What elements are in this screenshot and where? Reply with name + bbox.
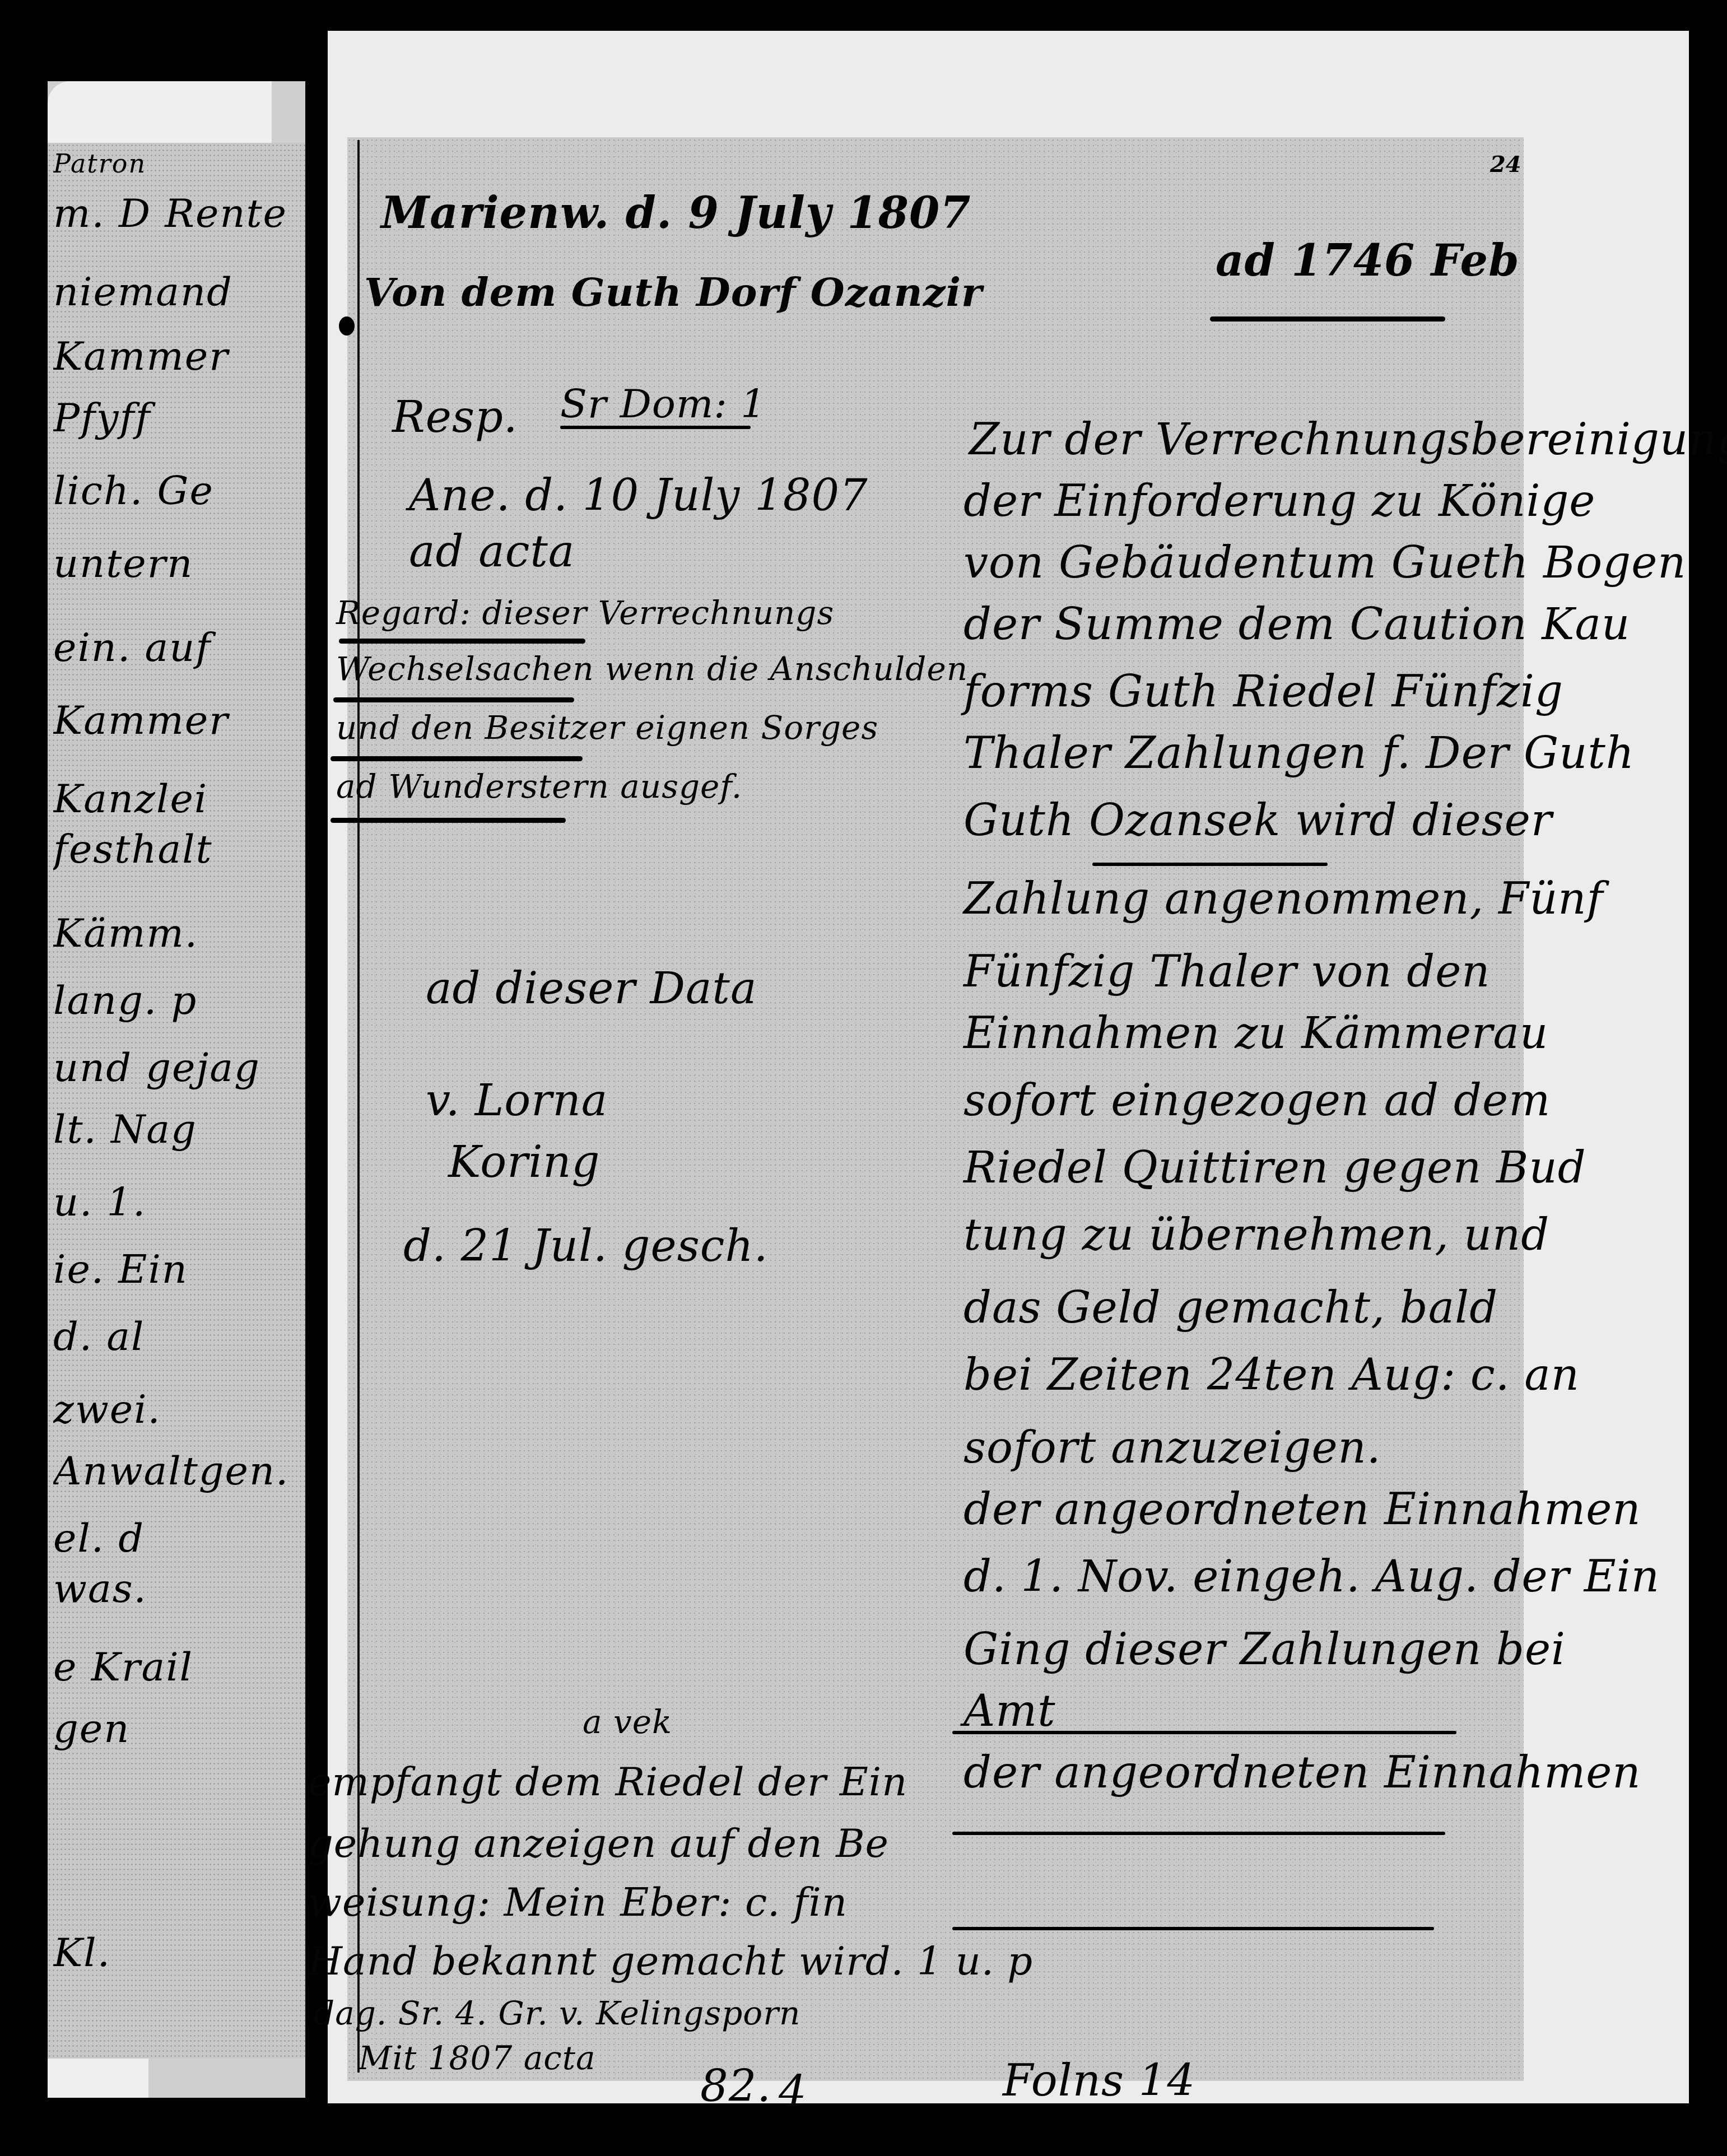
bottom-mark: 82.	[700, 2061, 771, 2112]
adjacent-page-strip: Patron m. D Rente niemand Kammer Pfyff l…	[48, 81, 305, 2098]
body-line: bei Zeiten 24ten Aug: c. an	[963, 1350, 1580, 1400]
bottom-note-line: empfangt dem Riedel der Ein	[308, 1759, 907, 1805]
body-line: der Summe dem Caution Kau	[963, 599, 1630, 650]
strip-text: Kammer	[53, 333, 300, 379]
strip-text: Kämm.	[53, 910, 300, 956]
header-sender-line: Von dem Guth Dorf Ozanzir	[364, 269, 983, 315]
body-line: Ging dieser Zahlungen bei	[963, 1624, 1566, 1675]
signature-name-2: Koring	[448, 1137, 601, 1188]
page-tab-top	[48, 81, 272, 143]
strip-text: lich. Ge	[53, 468, 300, 514]
signature-date: d. 21 Jul. gesch.	[403, 1221, 768, 1272]
body-line: Riedel Quittiren gegen Bud	[963, 1143, 1586, 1193]
body-line: sofort eingezogen ad dem	[963, 1075, 1551, 1126]
bottom-note-line: Mit 1807 acta	[359, 2039, 596, 2077]
strip-text: m. D Rente	[53, 190, 300, 236]
strip-text: Kanzlei	[53, 776, 300, 822]
struck-line: und den Besitzer eignen Sorges	[336, 709, 878, 747]
body-underline	[1092, 863, 1328, 866]
body-line: Guth Ozansek wird dieser	[963, 795, 1552, 846]
case-reference: ad 1746 Feb	[1216, 235, 1520, 286]
body-line: von Gebäudentum Gueth Bogen	[963, 538, 1687, 588]
strip-text: el. d	[53, 1515, 300, 1561]
header-date-line: Marienw. d. 9 July 1807	[381, 188, 971, 239]
body-line: Fünfzig Thaler von den	[963, 947, 1491, 997]
strip-text: Pfyff	[53, 395, 300, 441]
body-line: Einnahmen zu Kämmerau	[963, 1008, 1548, 1059]
signature-name: v. Lorna	[426, 1075, 608, 1126]
body-line: tung zu übernehmen, und	[963, 1210, 1549, 1260]
strip-text: zwei.	[53, 1386, 300, 1432]
strike-rule	[952, 1832, 1445, 1835]
strike-rule	[333, 697, 574, 702]
body-line: Zahlung angenommen, Fünf	[963, 874, 1603, 924]
bottom-note-line: gehung anzeigen auf den Be	[308, 1820, 889, 1866]
dom-underline	[560, 426, 751, 429]
strike-rule	[330, 818, 566, 823]
body-line: Amt	[963, 1686, 1056, 1736]
case-reference-underline	[1210, 316, 1445, 322]
struck-line: ad Wunderstern ausgef.	[336, 767, 742, 805]
body-line: das Geld gemacht, bald	[963, 1283, 1498, 1333]
strip-text: Kammer	[53, 697, 300, 743]
body-line: sofort anzuzeigen.	[963, 1423, 1381, 1473]
strip-text: gen	[53, 1706, 300, 1752]
strip-text: was.	[53, 1566, 300, 1612]
bottom-mark: 4	[779, 2067, 807, 2117]
folio-number: 24	[1490, 151, 1521, 178]
strip-text: und gejag	[53, 1045, 300, 1091]
strip-text: lt. Nag	[53, 1106, 300, 1152]
strip-text: u. 1.	[53, 1179, 300, 1225]
strike-rule	[339, 639, 585, 644]
struck-line: Regard: dieser Verrechnungs	[336, 594, 834, 632]
page-tab-bottom	[48, 2059, 148, 2098]
body-line: forms Guth Riedel Fünfzig	[963, 667, 1563, 717]
strip-text: Anwaltgen.	[53, 1448, 300, 1494]
strip-text: ie. Ein	[53, 1246, 300, 1292]
body-line: d. 1. Nov. eingeh. Aug. der Ein	[963, 1552, 1660, 1602]
folio-label: Folns 14	[1003, 2056, 1195, 2106]
bottom-note-line: dag. Sr. 4. Gr. v. Kelingsporn	[314, 1994, 800, 2032]
body-line: der angeordneten Einnahmen	[963, 1484, 1641, 1535]
strip-text: Kl.	[53, 1930, 300, 1976]
strip-text: niemand	[53, 269, 300, 315]
insert-mark: a vek	[583, 1703, 672, 1741]
strip-text: Patron	[53, 148, 300, 179]
strip-text: lang. p	[53, 977, 300, 1023]
ink-dot	[339, 316, 355, 336]
strike-rule	[952, 1731, 1456, 1734]
struck-line: Wechselsachen wenn die Anschulden	[336, 650, 968, 688]
dom-heading: Sr Dom: 1	[560, 381, 766, 427]
bottom-note-line: Hand bekannt gemacht wird. 1 u. p	[308, 1938, 1033, 1984]
microfilm-scan: Patron m. D Rente niemand Kammer Pfyff l…	[0, 0, 1727, 2156]
resp-heading: Resp.	[392, 392, 518, 443]
ad-acta-line: ad acta	[409, 527, 575, 577]
body-line: Zur der Verrechnungsbereinigung	[969, 415, 1727, 465]
strike-rule	[330, 756, 583, 761]
body-line: der angeordneten Einnahmen	[963, 1748, 1641, 1798]
bottom-note-line: weisung: Mein Eber: c. fin	[308, 1879, 848, 1925]
note-line: ad dieser Data	[426, 963, 757, 1014]
body-line: Thaler Zahlungen f. Der Guth	[963, 728, 1635, 779]
strip-text: ein. auf	[53, 625, 300, 670]
body-line: der Einforderung zu Könige	[963, 476, 1596, 527]
ref-date-line: Ane. d. 10 July 1807	[409, 471, 868, 521]
strip-text: untern	[53, 541, 300, 586]
strip-text: e Krail	[53, 1644, 300, 1690]
strike-rule	[952, 1927, 1434, 1930]
strip-text: festhalt	[53, 826, 300, 872]
strip-text: d. al	[53, 1314, 300, 1359]
